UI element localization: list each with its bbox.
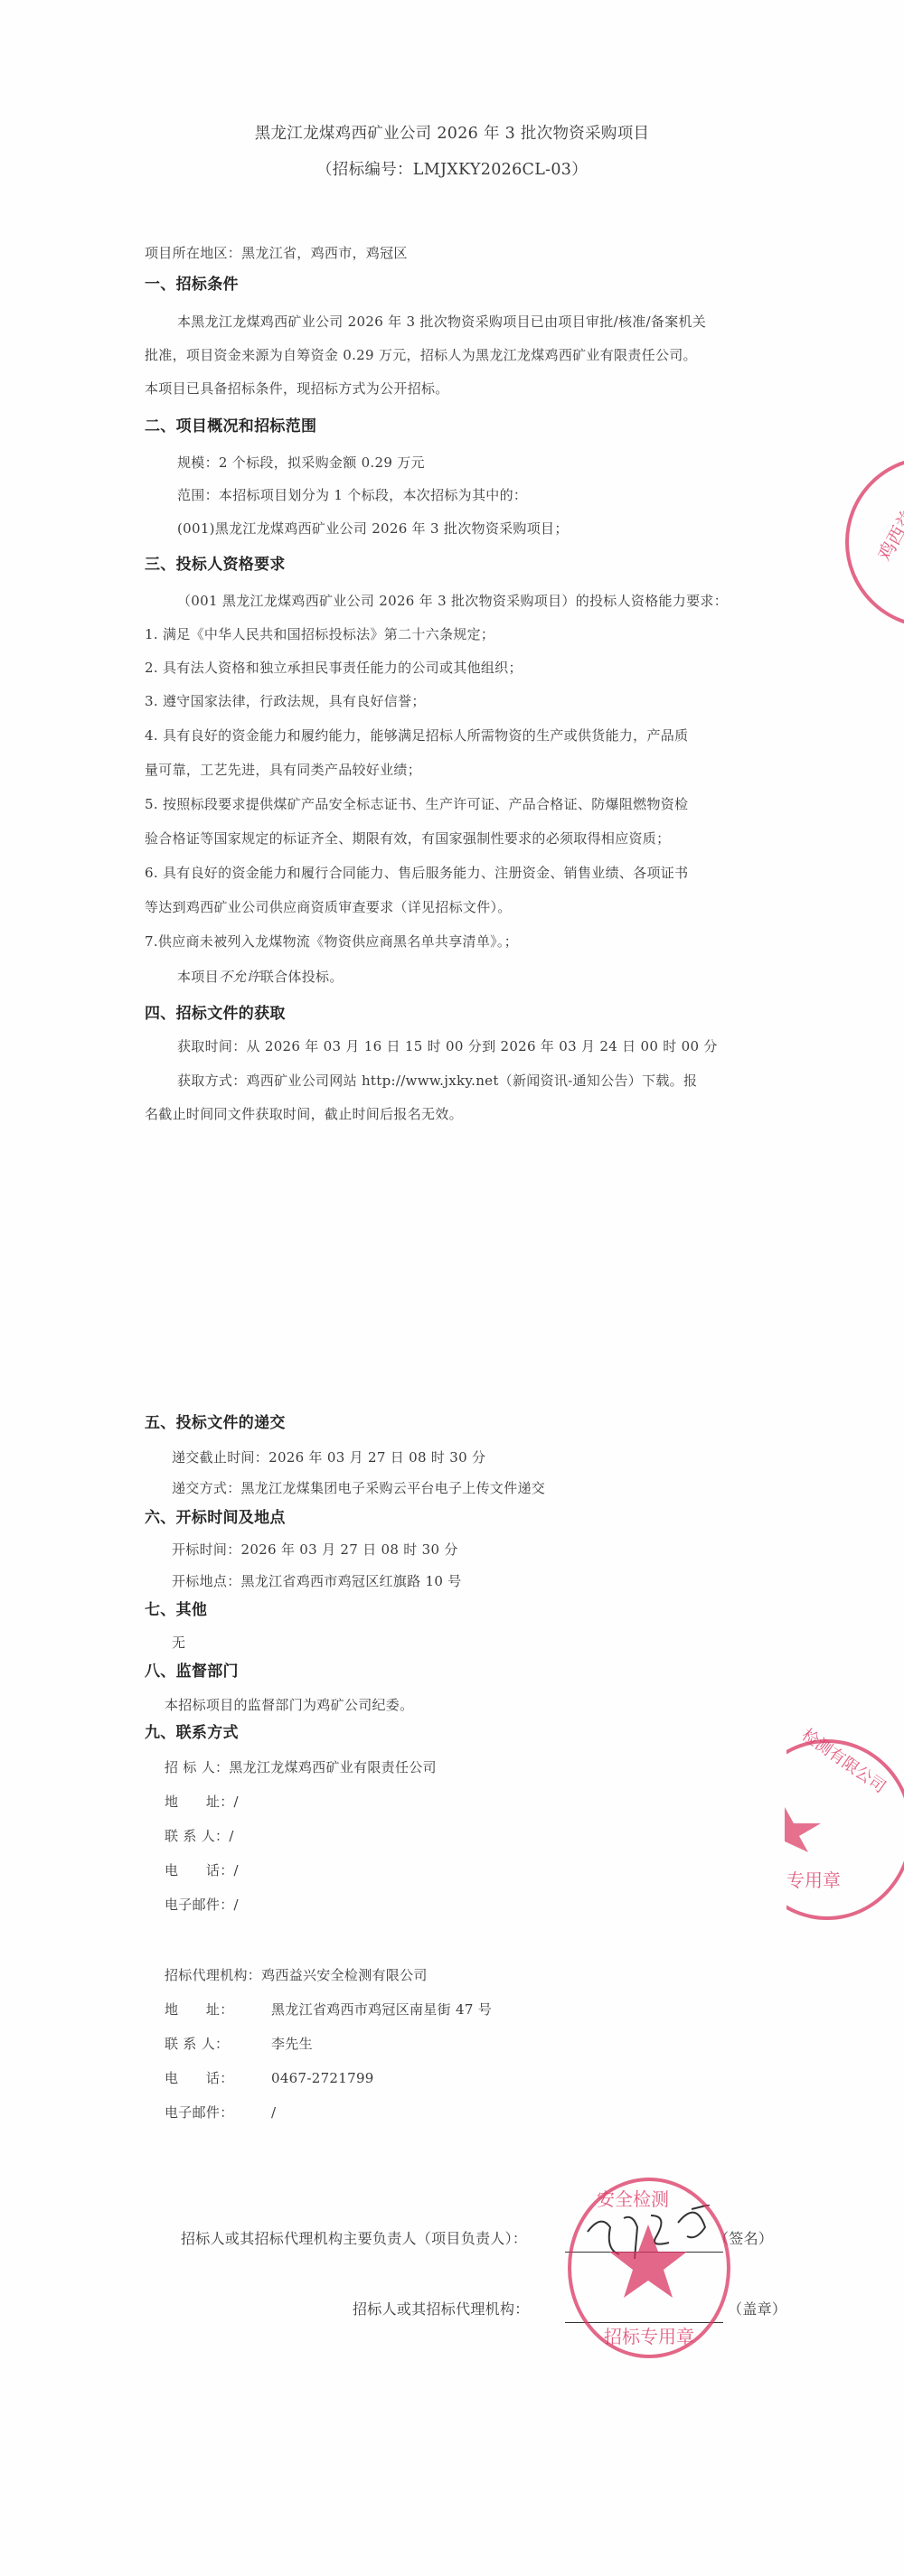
agency-email-row: 电子邮件：/: [165, 2103, 276, 2122]
agency-label: 招标代理机构：: [165, 1967, 261, 1983]
acquisition-time: 获取时间：从 2026 年 03 月 16 日 15 时 00 分到 2026 …: [177, 1037, 718, 1055]
qualification-item: 1. 满足《中华人民共和国招标投标法》第二十六条规定；: [145, 625, 494, 643]
tenderer-phone-label: 电 话：: [165, 1862, 234, 1878]
agency-phone-row: 电 话：0467-2721799: [165, 2069, 374, 2087]
submission-deadline: 递交截止时间：2026 年 03 月 27 日 08 时 30 分: [172, 1448, 485, 1466]
section-heading-8: 八、监督部门: [145, 1663, 239, 1681]
section-heading-4: 四、招标文件的获取: [145, 1005, 286, 1023]
qualification-item: 等达到鸡西矿业公司供应商资质审查要求（详见招标文件）。: [145, 898, 512, 916]
tenderer-contact-label: 联 系 人：: [165, 1828, 229, 1844]
tenderer-phone-value: /: [234, 1862, 239, 1878]
agency-email-value: /: [271, 2104, 276, 2121]
qualification-item: 5. 按照标段要求提供煤矿产品安全标志证书、生产许可证、产品合格证、防爆阻燃物资…: [145, 795, 688, 813]
agency-address-label: 地 址：: [165, 2000, 271, 2019]
agency-contact-value: 李先生: [271, 2036, 313, 2052]
project-scale: 规模：2 个标段，拟采购金额 0.29 万元: [177, 454, 425, 472]
section1-line: 本项目已具备招标条件，现招标方式为公开招标。: [145, 379, 449, 398]
tenderer-value: 黑龙江龙煤鸡西矿业有限责任公司: [229, 1759, 437, 1775]
edge-seal-bottom-text: 专用章: [786, 1866, 841, 1892]
qualification-item: 2. 具有法人资格和独立承担民事责任能力的公司或其他组织；: [145, 659, 523, 677]
agency-address-value: 黑龙江省鸡西市鸡冠区南星街 47 号: [271, 2001, 492, 2018]
agency-row: 招标代理机构：鸡西益兴安全检测有限公司: [165, 1966, 428, 1984]
tenderer-contact-row: 联 系 人：/: [165, 1827, 234, 1845]
qualification-item: 4. 具有良好的资金能力和履约能力，能够满足招标人所需物资的生产或供货能力，产品…: [145, 726, 688, 745]
tenderer-contact-value: /: [229, 1828, 233, 1844]
tenderer-email-label: 电子邮件：: [165, 1897, 234, 1913]
project-scope: 范围：本招标项目划分为 1 个标段，本次招标为其中的：: [177, 486, 527, 504]
agency-email-label: 电子邮件：: [165, 2103, 271, 2122]
section-heading-9: 九、联系方式: [145, 1724, 239, 1742]
qualification-item: 验合格证等国家规定的标证齐全、期限有效，有国家强制性要求的必须取得相应资质；: [145, 829, 670, 848]
tender-number: （招标编号：LMJXKY2026CL-03）: [0, 161, 904, 179]
qualification-item: 量可靠，工艺先进，具有同类产品较好业绩；: [145, 761, 421, 779]
agency-address-row: 地 址：黑龙江省鸡西市鸡冠区南星街 47 号: [165, 2000, 492, 2019]
section-heading-6: 六、开标时间及地点: [145, 1509, 286, 1527]
responsible-person-label: 招标人或其招标代理机构主要负责人（项目负责人）：: [181, 2230, 527, 2248]
seal-company-name: 安全检测: [597, 2185, 669, 2211]
section-heading-3: 三、投标人资格要求: [145, 556, 286, 574]
agency-contact-label: 联 系 人：: [165, 2035, 271, 2053]
agency-phone-label: 电 话：: [165, 2069, 271, 2087]
agency-seal-label: 招标人或其招标代理机构：: [353, 2300, 530, 2318]
qualification-intro: （001 黑龙江龙煤鸡西矿业公司 2026 年 3 批次物资采购项目）的投标人资…: [177, 592, 728, 610]
section-heading-2: 二、项目概况和招标范围: [145, 417, 316, 436]
agency-value: 鸡西益兴安全检测有限公司: [261, 1967, 428, 1983]
acquisition-method: 获取方式：鸡西矿业公司网站 http://www.jxky.net（新闻资讯-通…: [177, 1072, 697, 1090]
tenderer-email-value: /: [234, 1897, 239, 1913]
section-heading-5: 五、投标文件的递交: [145, 1414, 286, 1432]
tenderer-email-row: 电子邮件：/: [165, 1896, 239, 1914]
project-region: 项目所在地区：黑龙江省，鸡西市，鸡冠区: [145, 244, 408, 262]
agency-phone-value: 0467-2721799: [271, 2070, 374, 2086]
consortium-suffix: 联合体投标。: [260, 969, 344, 985]
document-page: 黑龙江龙煤鸡西矿业公司 2026 年 3 批次物资采购项目 （招标编号：LMJX…: [0, 0, 904, 2576]
consortium-prefix: 本项目: [177, 969, 219, 985]
opening-place: 开标地点：黑龙江省鸡西市鸡冠区红旗路 10 号: [172, 1572, 462, 1590]
supervision-text: 本招标项目的监督部门为鸡矿公司纪委。: [165, 1696, 413, 1714]
tenderer-row: 招 标 人：黑龙江龙煤鸡西矿业有限责任公司: [165, 1758, 437, 1776]
document-title: 黑龙江龙煤鸡西矿业公司 2026 年 3 批次物资采购项目: [0, 125, 904, 143]
section1-line: 批准，项目资金来源为自筹资金 0.29 万元，招标人为黑龙江龙煤鸡西矿业有限责任…: [145, 346, 697, 364]
agency-contact-row: 联 系 人：李先生: [165, 2035, 313, 2053]
section-heading-1: 一、招标条件: [145, 276, 239, 294]
submission-method: 递交方式：黑龙江龙煤集团电子采购云平台电子上传文件递交: [172, 1479, 545, 1497]
lot-item: (001)黑龙江龙煤鸡西矿业公司 2026 年 3 批次物资采购项目；: [177, 520, 569, 538]
seal-label: 招标专用章: [604, 2322, 694, 2348]
edge-seal-star-icon: [785, 1798, 830, 1852]
acquisition-method-cont: 名截止时间同文件获取时间，截止时间后报名无效。: [145, 1105, 463, 1123]
qualification-item: 3. 遵守国家法律，行政法规，具有良好信誉；: [145, 692, 426, 710]
seal-star-icon: [607, 2223, 689, 2300]
consortium-not-allowed: 不允许: [219, 969, 260, 985]
seal-suffix: （盖章）: [728, 2300, 786, 2318]
tenderer-address-row: 地 址：/: [165, 1793, 239, 1811]
tenderer-address-value: /: [234, 1794, 239, 1810]
tenderer-address-label: 地 址：: [165, 1794, 234, 1810]
tenderer-label: 招 标 人：: [165, 1758, 229, 1776]
section1-line: 本黑龙江龙煤鸡西矿业公司 2026 年 3 批次物资采购项目已由项目审批/核准/…: [177, 313, 706, 331]
section-heading-7: 七、其他: [145, 1601, 207, 1619]
qualification-item: 7.供应商未被列入龙煤物流《物资供应商黑名单共享清单》。；: [145, 932, 518, 951]
consortium-note: 本项目不允许联合体投标。: [177, 968, 344, 986]
qualification-item: 6. 具有良好的资金能力和履行合同能力、售后服务能力、注册资金、销售业绩、各项证…: [145, 864, 688, 882]
opening-time: 开标时间：2026 年 03 月 27 日 08 时 30 分: [172, 1541, 458, 1559]
tenderer-phone-row: 电 话：/: [165, 1861, 239, 1879]
other-text: 无: [172, 1634, 185, 1652]
